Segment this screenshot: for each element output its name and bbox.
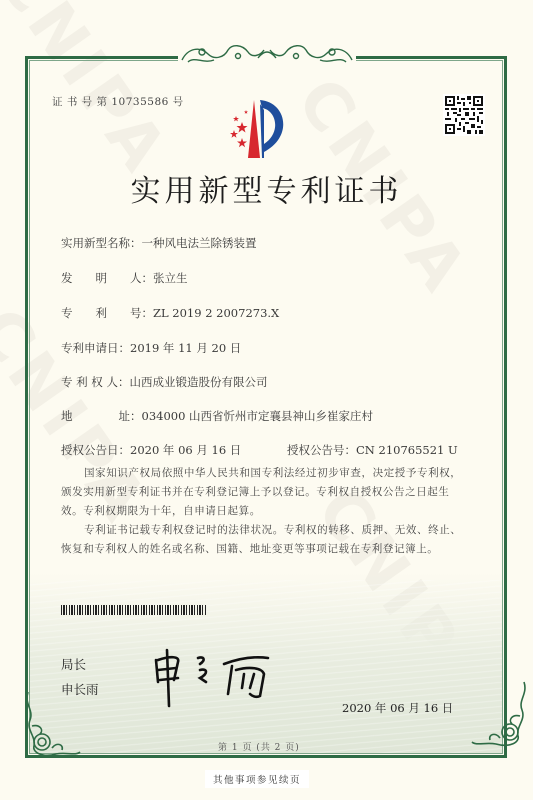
- field-label: 授权公告号：: [287, 442, 356, 458]
- page-info: 第 1 页 (共 2 页): [218, 740, 300, 753]
- signature-icon: [150, 648, 275, 708]
- barcode-icon: [61, 605, 207, 615]
- field-value: 张立生: [153, 270, 188, 286]
- field-value: 2020 年 06 月 16 日: [130, 442, 241, 458]
- field-value: 034000 山西省忻州市定襄县神山乡崔家庄村: [142, 408, 374, 424]
- field-address: 地 址：034000 山西省忻州市定襄县神山乡崔家庄村: [61, 408, 373, 424]
- director-name: 申长雨: [61, 680, 99, 698]
- field-value: 2019 年 11 月 20 日: [130, 340, 241, 356]
- top-ornament-icon: [178, 38, 356, 70]
- field-label: 专 利 号：: [61, 305, 153, 321]
- field-value: 一种风电法兰除锈装置: [142, 235, 257, 251]
- certificate-number-label: 证 书 号 第: [52, 96, 108, 108]
- director-title: 局长: [61, 655, 86, 673]
- statement-paragraph: 国家知识产权局依照中华人民共和国专利法经过初步审查，决定授予专利权，颁发实用新型…: [61, 464, 471, 521]
- field-label: 发 明 人：: [61, 270, 153, 286]
- field-label: 专利申请日：: [61, 340, 130, 356]
- corner-ornament-icon: [22, 690, 82, 760]
- field-utility-model-name: 实用新型名称：一种风电法兰除锈装置: [61, 235, 257, 251]
- footer-note: 其他事项参见续页: [205, 770, 309, 788]
- certificate-number-value: 10735586: [111, 96, 168, 108]
- field-label: 授权公告日：: [61, 442, 130, 458]
- cnipa-logo-icon: [224, 96, 296, 162]
- certificate-number: 证 书 号 第 10735586 号: [52, 94, 184, 109]
- certificate-number-suffix: 号: [173, 96, 184, 108]
- statement-paragraph: 专利证书记载专利权登记时的法律状况。专利权的转移、质押、无效、终止、恢复和专利权…: [61, 521, 471, 559]
- field-value: ZL 2019 2 2007273.X: [153, 306, 279, 320]
- certificate-title: 实用新型专利证书: [0, 166, 533, 210]
- corner-ornament-icon: [470, 680, 530, 750]
- field-value: 山西成业锻造股份有限公司: [129, 374, 267, 390]
- field-label: 地 址：: [61, 408, 142, 424]
- field-patent-number: 专 利 号：ZL 2019 2 2007273.X: [61, 305, 279, 321]
- field-grant-announcement-date: 授权公告日：2020 年 06 月 16 日: [61, 442, 241, 458]
- field-patentee: 专 利 权 人：山西成业锻造股份有限公司: [61, 374, 267, 390]
- field-value: CN 210765521 U: [356, 443, 458, 457]
- field-inventor: 发 明 人：张立生: [61, 270, 188, 286]
- qr-code-icon: [443, 94, 485, 136]
- field-grant-announcement-number: 授权公告号：CN 210765521 U: [287, 442, 458, 458]
- field-application-date: 专利申请日：2019 年 11 月 20 日: [61, 340, 241, 356]
- issue-date: 2020 年 06 月 16 日: [342, 700, 453, 716]
- field-label: 专 利 权 人：: [61, 374, 129, 390]
- field-label: 实用新型名称：: [61, 235, 142, 251]
